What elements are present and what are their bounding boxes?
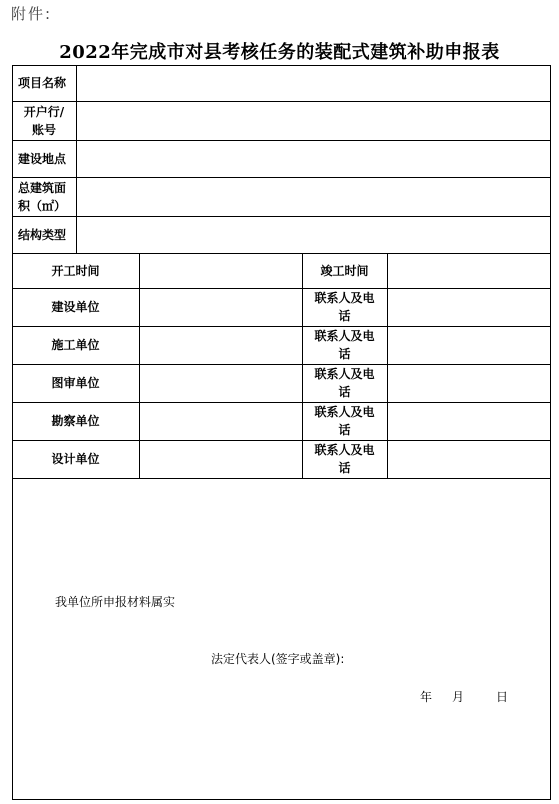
project-name-field[interactable]: [77, 66, 550, 101]
label-total-floor-area-line2: 积（㎡）: [18, 197, 66, 215]
declaration-statement: 我单位所申报材料属实: [55, 593, 175, 610]
contact-label-line1: 联系人及电: [314, 289, 374, 307]
developer-contact-field[interactable]: [388, 289, 550, 326]
label-survey-contact: 联系人及电 话: [302, 402, 387, 440]
label-completion-date: 竣工时间: [302, 253, 387, 288]
design-unit-field[interactable]: [140, 441, 302, 478]
design-contact-field[interactable]: [388, 441, 550, 478]
contact-label-line2: 话: [338, 421, 350, 439]
label-project-name: 项目名称: [12, 65, 76, 101]
completion-date-field[interactable]: [388, 254, 550, 288]
label-contractor-unit: 施工单位: [12, 326, 139, 364]
label-review-contact: 联系人及电 话: [302, 364, 387, 402]
label-structure-type: 结构类型: [12, 216, 76, 253]
survey-contact-field[interactable]: [388, 403, 550, 440]
label-survey-unit: 勘察单位: [12, 402, 139, 440]
label-developer-unit: 建设单位: [12, 288, 139, 326]
label-bank-account-line1: 开户行/: [24, 103, 64, 121]
contact-label-line1: 联系人及电: [314, 403, 374, 421]
label-total-floor-area-line1: 总建筑面: [18, 179, 66, 197]
date-year-label: 年: [420, 688, 432, 705]
construction-site-field[interactable]: [77, 141, 550, 177]
date-month-label: 月: [452, 688, 464, 705]
label-developer-contact: 联系人及电 话: [302, 288, 387, 326]
row-divider: [12, 478, 551, 479]
contact-label-line2: 话: [338, 459, 350, 477]
structure-type-field[interactable]: [77, 217, 550, 253]
label-total-floor-area: 总建筑面 积（㎡）: [12, 177, 76, 216]
total-floor-area-field[interactable]: [77, 178, 550, 216]
start-date-field[interactable]: [140, 254, 302, 288]
review-contact-field[interactable]: [388, 365, 550, 402]
label-contractor-contact: 联系人及电 话: [302, 326, 387, 364]
label-design-unit: 设计单位: [12, 440, 139, 478]
contractor-unit-field[interactable]: [140, 327, 302, 364]
label-review-unit: 图审单位: [12, 364, 139, 402]
signature-label: 法定代表人(签字或盖章):: [211, 650, 344, 667]
contact-label-line1: 联系人及电: [314, 327, 374, 345]
label-construction-site: 建设地点: [12, 140, 76, 177]
contact-label-line1: 联系人及电: [314, 365, 374, 383]
label-bank-account-line2: 账号: [32, 121, 56, 139]
contact-label-line2: 话: [338, 383, 350, 401]
form-title: 2022年完成市对县考核任务的装配式建筑补助申报表: [0, 38, 559, 64]
label-design-contact: 联系人及电 话: [302, 440, 387, 478]
contact-label-line2: 话: [338, 307, 350, 325]
bank-account-field[interactable]: [77, 102, 550, 140]
label-start-date: 开工时间: [12, 253, 139, 288]
developer-unit-field[interactable]: [140, 289, 302, 326]
contractor-contact-field[interactable]: [388, 327, 550, 364]
review-unit-field[interactable]: [140, 365, 302, 402]
date-day-label: 日: [496, 688, 508, 705]
survey-unit-field[interactable]: [140, 403, 302, 440]
contact-label-line1: 联系人及电: [314, 441, 374, 459]
label-bank-account: 开户行/ 账号: [12, 101, 76, 140]
attachment-label: 附件:: [11, 3, 52, 24]
contact-label-line2: 话: [338, 345, 350, 363]
